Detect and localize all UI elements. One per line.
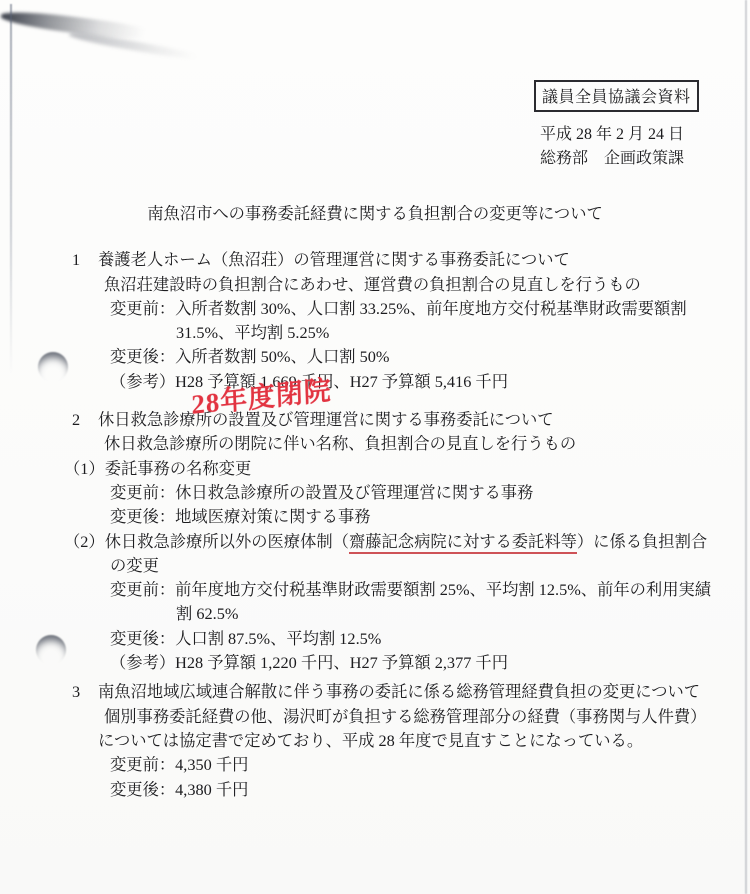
line-text: ）に係る負担割合 [577,532,707,551]
document-line: （2）休日救急診療所以外の医療体制（齋藤記念病院に対する委託料等）に係る負担割合 [64,530,750,554]
section-number: 3 [72,680,98,704]
section: 2休日救急診療所の設置及び管理運営に関する事務委託について休日救急診療所の閉院に… [0,408,750,675]
document-line: 割 62.5% [176,602,750,626]
section: 3南魚沼地域広域連合解散に伴う事務の委託に係る総務管理経費負担の変更について個別… [0,680,750,801]
document-line: 魚沼荘建設時の負担割合にあわせ、運営費の負担割合の見直しを行うもの [104,273,750,297]
section-heading: 南魚沼地域広域連合解散に伴う事務の委託に係る総務管理経費負担の変更について [98,682,700,701]
section-heading: 養護老人ホーム（魚沼荘）の管理運営に関する事務委託について [98,250,570,269]
document-line: 休日救急診療所の閉院に伴い名称、負担割合の見直しを行うもの [104,432,750,456]
document-line: 変更後：4,380 千円 [110,778,750,802]
section: 1養護老人ホーム（魚沼荘）の管理運営に関する事務委託について魚沼荘建設時の負担割… [0,248,750,394]
document-line: 変更前：休日救急診療所の設置及び管理運営に関する事務 [110,481,750,505]
document-line: 変更後：人口割 87.5%、平均割 12.5% [110,627,750,651]
document-body: 1養護老人ホーム（魚沼荘）の管理運営に関する事務委託について魚沼荘建設時の負担割… [0,248,750,802]
section-heading-row: 3南魚沼地域広域連合解散に伴う事務の委託に係る総務管理経費負担の変更について [72,680,750,704]
document-line: （1）委託事務の名称変更 [64,457,750,481]
document-line: 変更前：4,350 千円 [110,753,750,777]
document-line: の変更 [110,554,750,578]
red-underlined-text: 齋藤記念病院に対する委託料等 [349,532,577,554]
section-heading-row: 2休日救急診療所の設置及び管理運営に関する事務委託について [72,408,750,432]
line-text: （2）休日救急診療所以外の医療体制（ [64,532,349,551]
section-heading: 休日救急診療所の設置及び管理運営に関する事務委託について [98,410,554,429]
section-number: 2 [72,408,98,432]
document-line: 変更前：入所者数割 30%、人口割 33.25%、前年度地方交付税基準財政需要額… [110,297,750,321]
document-line: 個別事務委託経費の他、湯沢町が負担する総務管理部分の経費（事務関与人件費） [104,705,750,729]
document-line: （参考）H28 予算額 1,220 千円、H27 予算額 2,377 千円 [110,651,750,675]
document-page: 南魚沼市への事務委託経費に関する負担割合の変更等について 1養護老人ホーム（魚沼… [0,0,750,802]
document-line: 変更後：地域医療対策に関する事務 [110,505,750,529]
document-title: 南魚沼市への事務委託経費に関する負担割合の変更等について [0,202,750,226]
section-heading-row: 1養護老人ホーム（魚沼荘）の管理運営に関する事務委託について [72,248,750,272]
section-number: 1 [72,248,98,272]
document-line: 変更前：前年度地方交付税基準財政需要額割 25%、平均割 12.5%、前年の利用… [110,578,750,602]
document-line: 変更後：入所者数割 50%、人口割 50% [110,345,750,369]
document-line: 31.5%、平均割 5.25% [176,321,750,345]
document-line: については協定書で定めており、平成 28 年度で見直すことになっている。 [98,729,750,753]
